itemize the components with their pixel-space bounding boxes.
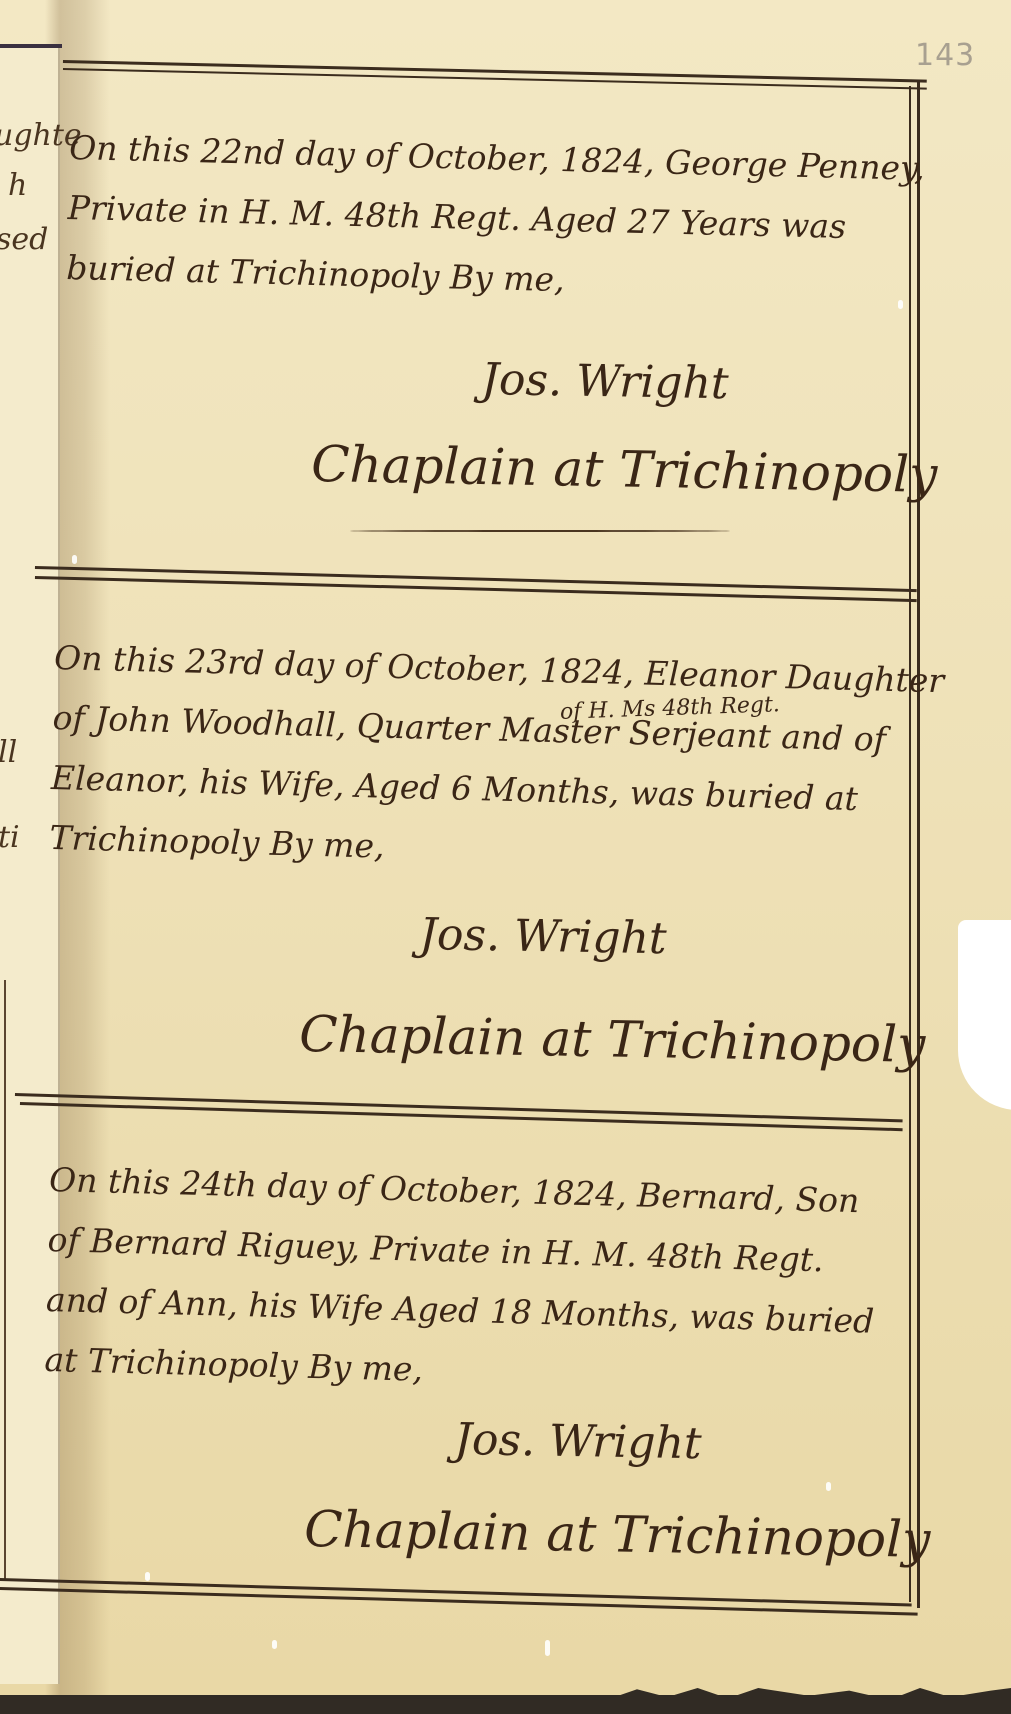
page-number: 143 <box>915 38 975 73</box>
chaplain-title-1: Chaplain at Trichinopoly <box>311 425 938 514</box>
paper-speck <box>145 1572 150 1581</box>
paper-speck <box>898 300 903 309</box>
chaplain-title: Chaplain at Trichinopoly <box>311 425 938 514</box>
burial-entry-2: On this 23rd day of October, 1824, Elean… <box>49 628 945 891</box>
paper-speck <box>272 1640 277 1649</box>
left-fragment-text: ti <box>0 820 20 855</box>
left-page-rule <box>0 44 62 48</box>
paper-speck <box>545 1640 550 1656</box>
chaplain-title: Chaplain at Trichinopoly <box>299 995 926 1084</box>
chaplain-title-3: Chaplain at Trichinopoly <box>304 1490 931 1579</box>
signature-name: Jos. Wright <box>481 345 729 419</box>
signature-name: Jos. Wright <box>454 1405 702 1479</box>
signature-name: Jos. Wright <box>419 900 667 974</box>
signature-2: Jos. Wright <box>419 900 667 974</box>
paper-speck <box>72 555 77 564</box>
left-fragment-text: ll <box>0 735 17 770</box>
paper-speck <box>826 1482 831 1491</box>
burial-entry-1: On this 22nd day of October, 1824, Georg… <box>66 118 926 319</box>
left-fragment-text: h <box>8 168 27 203</box>
signature-flourish-1 <box>350 530 730 532</box>
left-fragment-text: sed <box>0 222 48 257</box>
signature-1: Jos. Wright <box>481 345 729 419</box>
left-border <box>4 980 6 1580</box>
chaplain-title-2: Chaplain at Trichinopoly <box>299 995 926 1084</box>
burial-entry-3: On this 24th day of October, 1824, Berna… <box>44 1150 878 1412</box>
chaplain-title: Chaplain at Trichinopoly <box>304 1490 931 1579</box>
signature-3: Jos. Wright <box>454 1405 702 1479</box>
torn-paper-patch <box>958 920 1011 1110</box>
